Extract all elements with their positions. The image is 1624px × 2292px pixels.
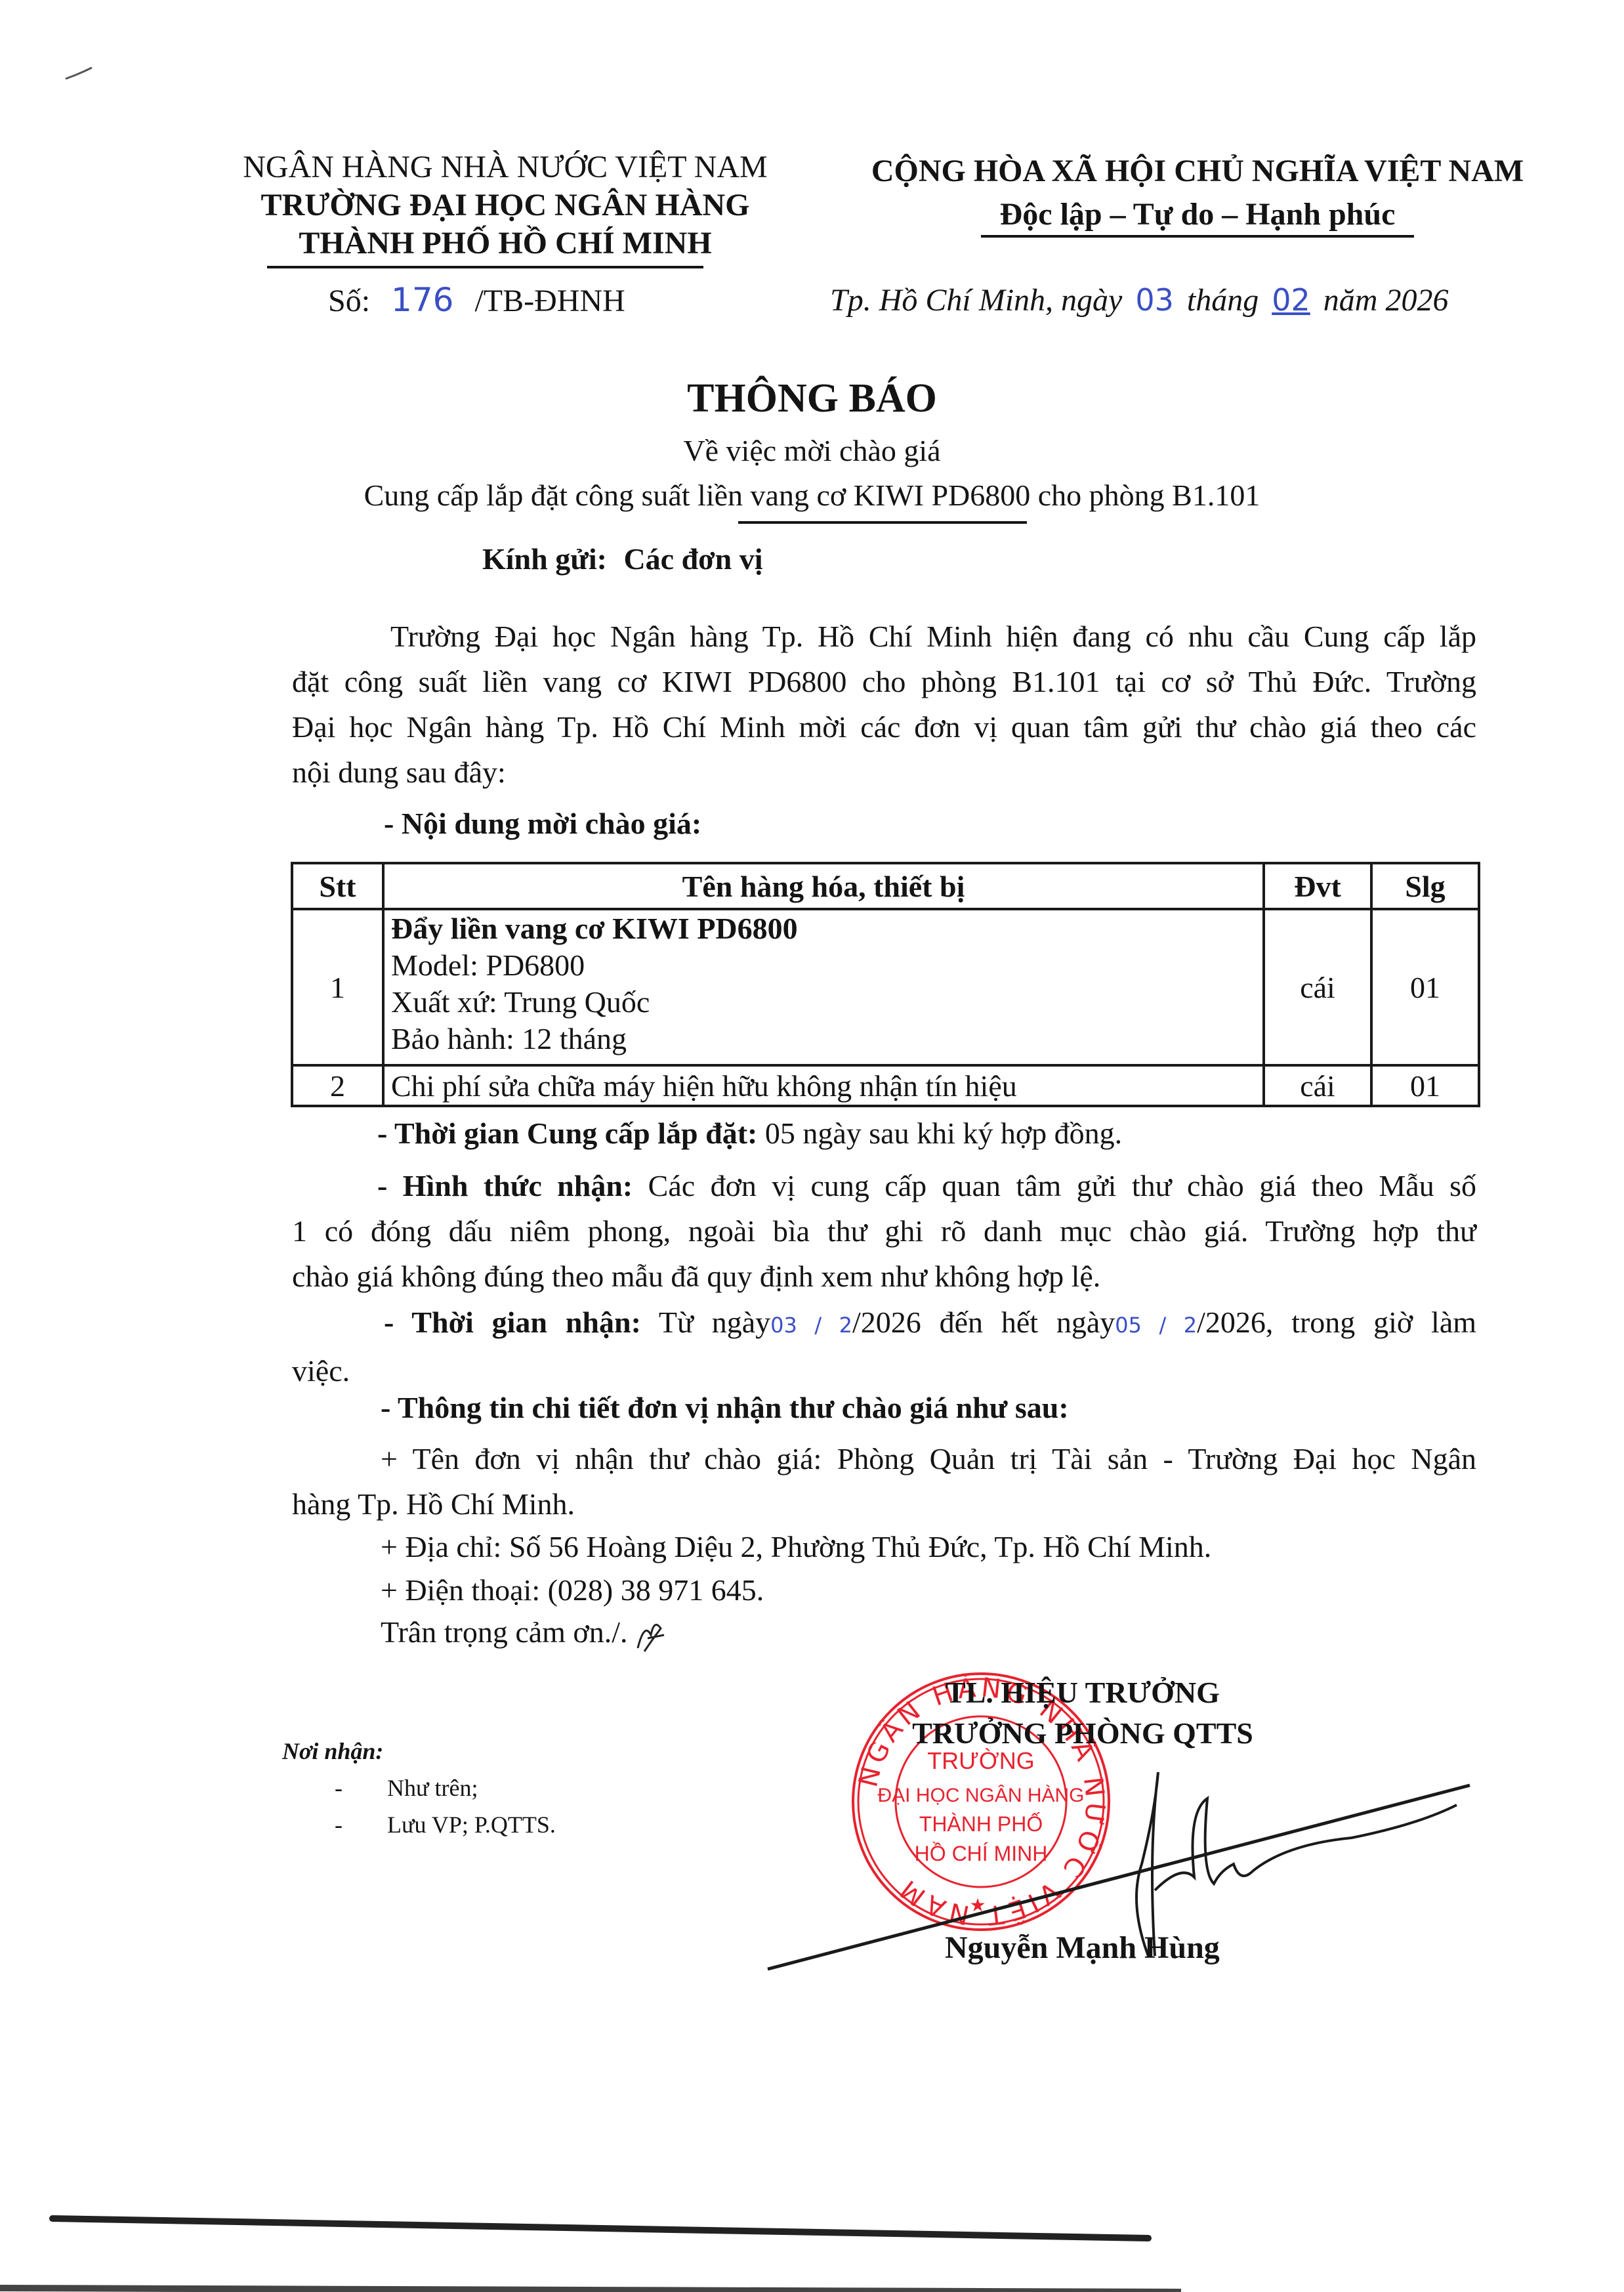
header-agency: NGÂN HÀNG NHÀ NƯỚC VIỆT NAM [190, 148, 820, 186]
date-prefix: Tp. Hồ Chí Minh, ngày [830, 283, 1122, 318]
table-row: 2 Chi phí sửa chữa máy hiện hữu không nh… [292, 1065, 1479, 1106]
number-suffix: /TB-ĐHNH [474, 284, 625, 318]
date-year: năm 2026 [1323, 283, 1449, 318]
receipt-from-date-handwritten: 03 / 2 [770, 1313, 852, 1338]
receipt-method: - Hình thức nhận: Các đơn vị cung cấp qu… [292, 1163, 1476, 1299]
receipt-time: - Thời gian nhận: Từ ngày03 / 2/2026 đến… [292, 1300, 1476, 1393]
row-item: Chi phí sửa chữa máy hiện hữu không nhận… [383, 1065, 1264, 1106]
recipients-item: -Như trên; [282, 1770, 556, 1806]
intro-paragraph: Trường Đại học Ngân hàng Tp. Hồ Chí Minh… [292, 614, 1476, 795]
scan-artifact-top-left [59, 62, 98, 82]
method-line: - Hình thức nhận: Các đơn vị cung cấp qu… [292, 1163, 1476, 1208]
closing-text: Trân trọng cảm ơn./. [381, 1615, 628, 1649]
notice-subject: Về việc mời chào giá [0, 433, 1624, 468]
intro-line: đặt công suất liền vang cơ KIWI PD6800 c… [292, 659, 1476, 704]
table-header-row: Stt Tên hàng hóa, thiết bị Đvt Slg [292, 863, 1479, 909]
row-stt: 2 [292, 1065, 383, 1106]
receipt-from-prefix: Từ ngày [659, 1305, 770, 1339]
row-unit: cái [1264, 909, 1371, 1065]
item-title: Đẩy liền vang cơ KIWI PD6800 [391, 910, 1256, 947]
recipient-line: Kính gửi: Các đơn vị [482, 541, 763, 576]
date-month-handwritten: 02 [1266, 282, 1316, 318]
header-university: TRƯỜNG ĐẠI HỌC NGÂN HÀNG [190, 186, 820, 224]
delivery-time: - Thời gian Cung cấp lắp đặt: 05 ngày sa… [377, 1116, 1122, 1151]
item-model: Model: PD6800 [391, 947, 1256, 984]
date-month-label: tháng [1187, 283, 1259, 318]
signer-name: Nguyễn Mạnh Hùng [945, 1930, 1220, 1966]
row-qty: 01 [1371, 1065, 1479, 1106]
method-line: chào giá không đúng theo mẫu đã quy định… [292, 1254, 1476, 1299]
recipients-item: -Lưu VP; P.QTTS. [282, 1806, 556, 1843]
receipt-to-suffix: /2026, trong giờ làm [1197, 1305, 1476, 1339]
date-day-handwritten: 03 [1130, 282, 1179, 318]
receipt-time-label: - Thời gian nhận: [384, 1305, 641, 1339]
intro-line: Đại học Ngân hàng Tp. Hồ Chí Minh mời cá… [292, 704, 1476, 750]
contact-address: + Địa chỉ: Số 56 Hoàng Diệu 2, Phường Th… [381, 1529, 1211, 1564]
receipt-from-suffix: /2026 đến hết ngày [852, 1305, 1115, 1339]
receipt-time-line: - Thời gian nhận: Từ ngày03 / 2/2026 đến… [292, 1300, 1476, 1348]
signature-title1: TL. HIỆU TRƯỞNG [879, 1672, 1286, 1713]
method-line: 1 có đóng dấu niêm phong, ngoài bìa thư … [292, 1208, 1476, 1254]
recipient-value: Các đơn vị [623, 542, 762, 576]
scan-edge-bottom [0, 2205, 1624, 2292]
recipients-label: Nơi nhận: [282, 1733, 556, 1770]
contact-heading: - Thông tin chi tiết đơn vị nhận thư chà… [381, 1390, 1069, 1425]
motto-underline [981, 235, 1414, 238]
contact-phone: + Điện thoại: (028) 38 971 645. [381, 1573, 764, 1607]
row-item: Đẩy liền vang cơ KIWI PD6800 Model: PD68… [383, 909, 1264, 1065]
signature-title2: TRƯỞNG PHÒNG QTTS [879, 1713, 1286, 1754]
notice-description: Cung cấp lắp đặt công suất liền vang cơ … [0, 478, 1624, 513]
closing-line: Trân trọng cảm ơn./. [381, 1615, 671, 1655]
number-handwritten: 176 [378, 281, 467, 319]
receipt-to-date-handwritten: 05 / 2 [1115, 1313, 1197, 1338]
row-stt: 1 [292, 909, 383, 1065]
notice-title: THÔNG BÁO [0, 375, 1624, 422]
intro-line: nội dung sau đây: [292, 750, 1476, 795]
contact-unit: + Tên đơn vị nhận thư chào giá: Phòng Qu… [292, 1436, 1476, 1527]
col-item-name: Tên hàng hóa, thiết bị [383, 863, 1264, 909]
method-label: - Hình thức nhận: [377, 1169, 633, 1202]
items-table: Stt Tên hàng hóa, thiết bị Đvt Slg 1 Đẩy… [291, 862, 1480, 1107]
header-left-underline [267, 266, 703, 268]
document-number: Số: 176 /TB-ĐHNH [328, 281, 625, 320]
document-date: Tp. Hồ Chí Minh, ngày 03 tháng 02 năm 20… [830, 281, 1448, 320]
national-title: CỘNG HÒA XÃ HỘI CHỦ NGHĨA VIỆT NAM [820, 152, 1575, 190]
initials-mark [631, 1615, 671, 1655]
delivery-value: 05 ngày sau khi ký hợp đồng. [765, 1116, 1122, 1150]
row-qty: 01 [1371, 909, 1479, 1065]
receipt-time-line2: việc. [292, 1348, 1476, 1393]
col-qty: Slg [1371, 863, 1479, 909]
item-origin: Xuất xứ: Trung Quốc [391, 984, 1256, 1021]
delivery-label: - Thời gian Cung cấp lắp đặt: [377, 1116, 757, 1150]
contact-unit-line2: hàng Tp. Hồ Chí Minh. [292, 1481, 1476, 1527]
signature-block: TL. HIỆU TRƯỞNG TRƯỞNG PHÒNG QTTS [879, 1672, 1286, 1754]
col-stt: Stt [292, 863, 383, 909]
row-unit: cái [1264, 1065, 1371, 1106]
national-motto: Độc lập – Tự do – Hạnh phúc [820, 196, 1575, 234]
method-text: Các đơn vị cung cấp quan tâm gửi thư chà… [648, 1169, 1476, 1202]
number-label: Số: [328, 284, 370, 318]
contact-unit-line1: + Tên đơn vị nhận thư chào giá: Phòng Qu… [292, 1436, 1476, 1481]
recipients-block: Nơi nhận: -Như trên; -Lưu VP; P.QTTS. [282, 1733, 556, 1843]
header-right: CỘNG HÒA XÃ HỘI CHỦ NGHĨA VIỆT NAM Độc l… [820, 152, 1575, 234]
header-left: NGÂN HÀNG NHÀ NƯỚC VIỆT NAM TRƯỜNG ĐẠI H… [190, 148, 820, 263]
recipient-label: Kính gửi: [482, 542, 607, 576]
item-warranty: Bảo hành: 12 tháng [391, 1021, 1256, 1057]
col-unit: Đvt [1264, 863, 1371, 909]
intro-line: Trường Đại học Ngân hàng Tp. Hồ Chí Minh… [292, 614, 1476, 659]
table-row: 1 Đẩy liền vang cơ KIWI PD6800 Model: PD… [292, 909, 1479, 1065]
header-city: THÀNH PHỐ HỒ CHÍ MINH [190, 224, 820, 263]
title-underline [738, 521, 1027, 524]
content-heading: - Nội dung mời chào giá: [384, 806, 701, 841]
